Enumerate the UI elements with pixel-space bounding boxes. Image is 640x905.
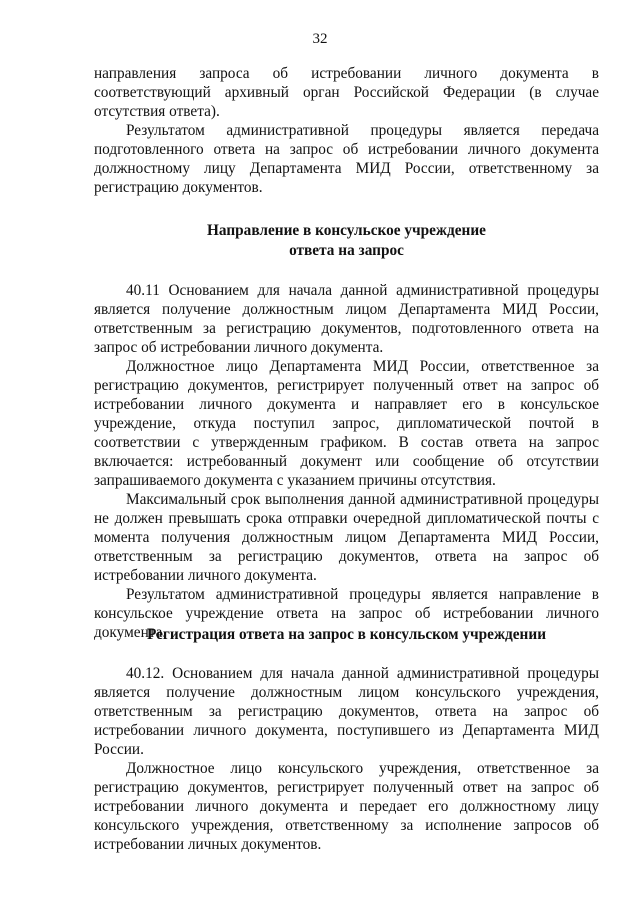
heading-2: Регистрация ответа на запрос в консульск…	[94, 625, 599, 645]
paragraph-continuation: направления запроса об истребовании личн…	[94, 64, 599, 121]
paragraph-40-12: 40.12. Основанием для начала данной адми…	[94, 664, 599, 759]
section-1-body: 40.11 Основанием для начала данной админ…	[94, 281, 599, 642]
document-body: направления запроса об истребовании личн…	[94, 64, 599, 197]
heading-1-line-1: Направление в консульское учреждение	[94, 221, 599, 241]
paragraph-max-term: Максимальный срок выполнения данной адми…	[94, 490, 599, 585]
paragraph-40-11: 40.11 Основанием для начала данной админ…	[94, 281, 599, 357]
section-heading-2: Регистрация ответа на запрос в консульск…	[94, 625, 599, 645]
heading-1-line-2: ответа на запрос	[94, 241, 599, 261]
page-number: 32	[0, 31, 640, 48]
section-heading-1: Направление в консульское учреждение отв…	[94, 221, 599, 260]
paragraph-result-1: Результатом административной процедуры я…	[94, 121, 599, 197]
paragraph-official-mfa: Должностное лицо Департамента МИД России…	[94, 357, 599, 490]
section-2-body: 40.12. Основанием для начала данной адми…	[94, 664, 599, 854]
paragraph-official-consulate: Должностное лицо консульского учреждения…	[94, 759, 599, 854]
